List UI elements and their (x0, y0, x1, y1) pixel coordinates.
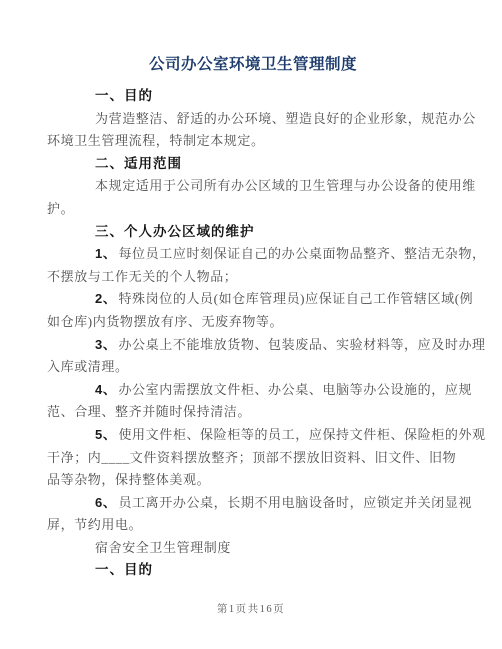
section-heading: 三、个人办公区域的维护 (47, 221, 459, 244)
body-line: 2、特殊岗位的人员(如仓库管理员)应保证自己工作管辖区域(例 (47, 288, 459, 311)
body-line-text: 每位员工应时刻保证自己的办公桌面物品整齐、整洁无杂物， (118, 246, 485, 261)
body-line: 6、员工离开办公桌，长期不用电脑设备时，应锁定并关闭显视 (47, 492, 459, 515)
document-title: 公司办公室环境卫生管理制度 (47, 52, 459, 85)
body-line: 不摆放与工作无关的个人物品； (47, 266, 459, 289)
body-line: 护。 (47, 198, 459, 221)
body-line-text: 员工离开办公桌，长期不用电脑设备时，应锁定并关闭显视 (118, 495, 472, 510)
body-line-text: 特殊岗位的人员(如仓库管理员)应保证自己工作管辖区域(例 (118, 291, 473, 306)
body-line: 4、办公室内需摆放文件柜、办公桌、电脑等办公设施的，应规 (47, 379, 459, 402)
body-line: 如仓库)内货物摆放有序、无废弃物等。 (47, 311, 459, 334)
section-heading: 一、目的 (47, 85, 459, 108)
body-line-text: 使用文件柜、保险柜等的员工，应保持文件柜、保险柜的外观 (118, 427, 485, 442)
section-heading: 一、目的 (47, 559, 459, 582)
body-line-text: 办公桌上不能堆放货物、包装废品、实验材料等，应及时办理 (118, 337, 485, 352)
list-number: 2、 (95, 291, 116, 306)
list-number: 5、 (95, 427, 116, 442)
body-line-text: 办公室内需摆放文件柜、办公桌、电脑等办公设施的，应规 (118, 382, 472, 397)
body-line: 环境卫生管理流程，特制定本规定。 (47, 130, 459, 153)
body-line: 宿舍安全卫生管理制度 (47, 537, 459, 560)
list-number: 6、 (95, 495, 116, 510)
body-line: 为营造整洁、舒适的办公环境、塑造良好的企业形象，规范办公 (47, 108, 459, 131)
body-line: 范、合理、整齐并随时保持清洁。 (47, 401, 459, 424)
footer-page-number: 第1页共16页 (0, 601, 502, 616)
body-line: 干净；内____文件资料摆放整齐；顶部不摆放旧资料、旧文件、旧物 (47, 447, 459, 470)
document-body: 公司办公室环境卫生管理制度一、目的为营造整洁、舒适的办公环境、塑造良好的企业形象… (47, 52, 459, 582)
section-heading: 二、适用范围 (47, 153, 459, 176)
body-line: 入库或清理。 (47, 356, 459, 379)
body-line: 1、每位员工应时刻保证自己的办公桌面物品整齐、整洁无杂物， (47, 243, 459, 266)
document-page: 公司办公室环境卫生管理制度一、目的为营造整洁、舒适的办公环境、塑造良好的企业形象… (0, 0, 502, 649)
body-line: 品等杂物，保持整体美观。 (47, 469, 459, 492)
body-line: 5、使用文件柜、保险柜等的员工，应保持文件柜、保险柜的外观 (47, 424, 459, 447)
list-number: 1、 (95, 246, 116, 261)
body-line: 屏，节约用电。 (47, 514, 459, 537)
body-line: 本规定适用于公司所有办公区域的卫生管理与办公设备的使用维 (47, 175, 459, 198)
body-line: 3、办公桌上不能堆放货物、包装废品、实验材料等，应及时办理 (47, 334, 459, 357)
list-number: 4、 (95, 382, 116, 397)
list-number: 3、 (95, 337, 116, 352)
